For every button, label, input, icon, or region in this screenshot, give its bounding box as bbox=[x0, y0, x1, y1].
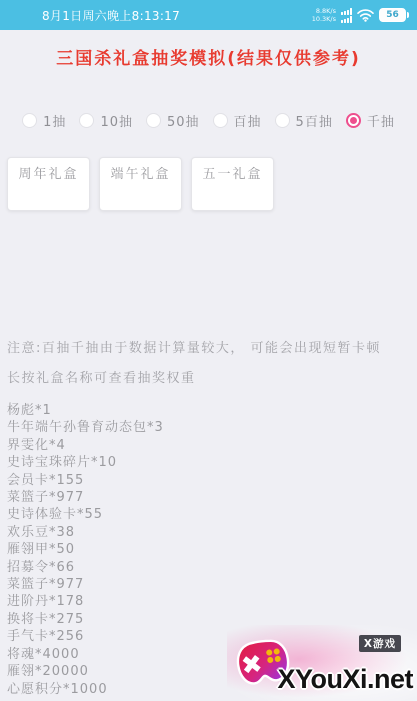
result-item: 菜篮子*977 bbox=[7, 576, 417, 593]
radio-button-icon[interactable] bbox=[275, 113, 290, 128]
draw-count-option[interactable]: 5百抽 bbox=[275, 111, 333, 130]
result-item: 牛年端午孙鲁育动态包*3 bbox=[7, 419, 417, 436]
result-item: 进阶丹*178 bbox=[7, 593, 417, 610]
cell-signal-icon bbox=[341, 8, 352, 23]
draw-count-option[interactable]: 10抽 bbox=[79, 111, 133, 130]
radio-button-icon[interactable] bbox=[346, 113, 361, 128]
gift-box-button[interactable]: 周年礼盒 bbox=[7, 157, 90, 211]
gift-box-button[interactable]: 五一礼盒 bbox=[191, 157, 274, 211]
result-item: 菜篮子*977 bbox=[7, 489, 417, 506]
gift-box-label: 周年礼盒 bbox=[18, 167, 78, 182]
draw-count-option[interactable]: 1抽 bbox=[22, 111, 66, 130]
page-title: 三国杀礼盒抽奖模拟(结果仅供参考) bbox=[0, 44, 417, 69]
draw-count-options: 1抽 10抽 50抽 百抽 5百抽 千抽 bbox=[0, 111, 417, 130]
draw-count-label: 50抽 bbox=[167, 111, 200, 130]
draw-count-label: 10抽 bbox=[100, 111, 133, 130]
result-item: 雁翎甲*50 bbox=[7, 541, 417, 558]
result-item: 招募令*66 bbox=[7, 559, 417, 576]
battery-percent: 56 bbox=[379, 8, 406, 22]
site-watermark: X游戏 XYouXi.net bbox=[241, 633, 413, 695]
result-item: 史诗宝珠碎片*10 bbox=[7, 454, 417, 471]
result-item: 欢乐豆*38 bbox=[7, 524, 417, 541]
network-speed-down: 10.3K/s bbox=[312, 15, 336, 23]
status-icons: 8.8K/s 10.3K/s 56 bbox=[312, 7, 409, 23]
gift-box-label: 五一礼盒 bbox=[202, 167, 262, 182]
result-item: 会员卡*155 bbox=[7, 472, 417, 489]
draw-count-label: 千抽 bbox=[367, 111, 395, 130]
result-item: 杨彪*1 bbox=[7, 402, 417, 419]
draw-count-option[interactable]: 50抽 bbox=[146, 111, 200, 130]
draw-count-label: 5百抽 bbox=[296, 111, 333, 130]
watermark-site-name: XYouXi.net bbox=[277, 664, 413, 695]
watermark-badge: X游戏 bbox=[359, 635, 401, 652]
gift-box-row: 周年礼盒 端午礼盒 五一礼盒 bbox=[0, 157, 417, 211]
radio-button-icon[interactable] bbox=[146, 113, 161, 128]
status-bar: 8月1日周六晚上8:13:17 8.8K/s 10.3K/s 56 bbox=[0, 0, 417, 30]
draw-count-label: 百抽 bbox=[234, 111, 262, 130]
draw-count-option[interactable]: 千抽 bbox=[346, 111, 395, 130]
radio-button-icon[interactable] bbox=[79, 113, 94, 128]
radio-button-icon[interactable] bbox=[22, 113, 37, 128]
notes: 注意:百抽千抽由于数据计算量较大， 可能会出现短暂卡顿 长按礼盒名称可查看抽奖权… bbox=[0, 341, 417, 387]
network-speed-indicator: 8.8K/s 10.3K/s bbox=[312, 7, 336, 23]
gift-box-button[interactable]: 端午礼盒 bbox=[99, 157, 182, 211]
network-speed-up: 8.8K/s bbox=[312, 7, 336, 15]
status-datetime: 8月1日周六晚上8:13:17 bbox=[42, 7, 180, 24]
result-item: 界雯化*4 bbox=[7, 437, 417, 454]
gift-box-label: 端午礼盒 bbox=[110, 167, 170, 182]
radio-button-icon[interactable] bbox=[213, 113, 228, 128]
note-text: 长按礼盒名称可查看抽奖权重 bbox=[7, 371, 417, 387]
wifi-icon bbox=[357, 9, 374, 22]
note-text: 注意:百抽千抽由于数据计算量较大， 可能会出现短暂卡顿 bbox=[7, 341, 417, 357]
draw-count-option[interactable]: 百抽 bbox=[213, 111, 262, 130]
battery-icon: 56 bbox=[379, 8, 409, 22]
result-item: 史诗体验卡*55 bbox=[7, 506, 417, 523]
draw-count-label: 1抽 bbox=[43, 111, 66, 130]
